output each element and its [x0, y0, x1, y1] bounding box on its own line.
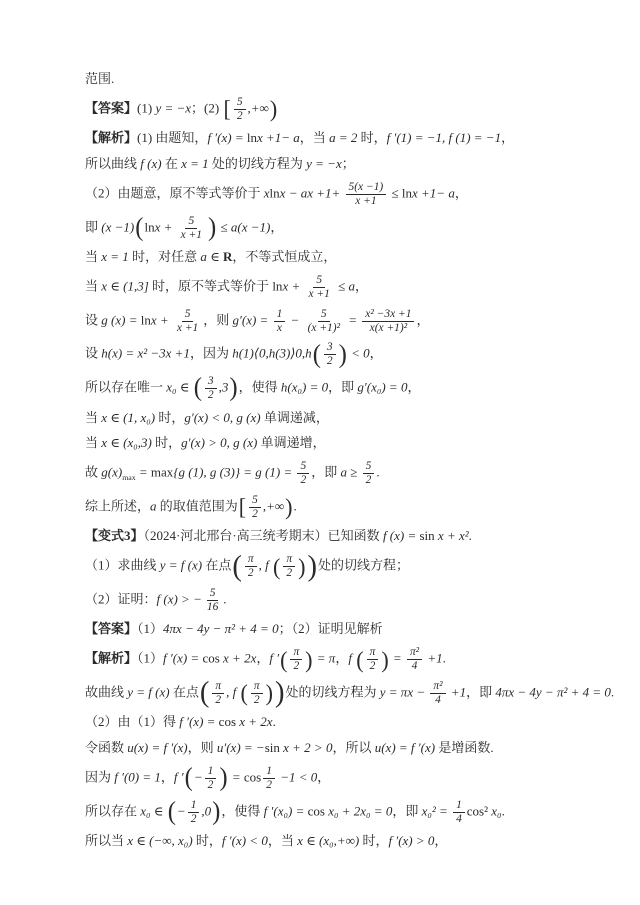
fraction-denominator: 16 — [204, 601, 221, 614]
math-run: h(1)⟨0,h(3)⟩0,h — [232, 346, 311, 361]
math-run: x + — [282, 278, 303, 293]
math-run: − — [177, 803, 186, 818]
fraction-denominator: 2 — [205, 389, 217, 402]
document-line-22: （2）由（1）得 f ′(x) = cos x + 2x. — [85, 713, 592, 732]
text-run: cos — [308, 803, 329, 818]
math-run: f ′ — [174, 769, 184, 784]
math-run: x₀ ∈ — [166, 379, 192, 394]
document-line-7: 当 x = 1 时，对任意 a ∈ R，不等式恒成立， — [85, 248, 592, 267]
document-line-17: （1）求曲线 y = f (x) 在点(π2, f (π2))处的切线方程； — [85, 553, 592, 580]
fraction: π²4 — [430, 680, 445, 707]
math-run: x ∈ (1, x₀) — [101, 410, 155, 425]
math-run: x + 2x — [223, 651, 256, 666]
document-line-25: 所以存在 x₀ ∈ (−12,0)，使得 f ′(x₀) = cos x₀ + … — [85, 799, 592, 826]
fraction-denominator: x — [274, 322, 285, 335]
text-run: cos — [219, 714, 240, 729]
text-run: 时， — [155, 410, 184, 425]
text-run: . — [376, 465, 379, 480]
fraction-denominator: 2 — [290, 660, 302, 673]
text-run: ，则 — [203, 312, 232, 327]
document-line-16: 【变式3】（2024·河北邢台·高三统考期末）已知函数 f (x) = sin … — [85, 527, 592, 546]
document-line-18: （2）证明：f (x) > −516. — [85, 587, 592, 614]
subscript-label: max — [122, 473, 135, 482]
fraction-denominator: 2 — [324, 355, 336, 368]
fraction: 5(x −1)x +1 — [346, 181, 387, 208]
fraction: 32 — [324, 341, 336, 368]
text-run: （2）由（1）得 — [85, 714, 179, 729]
fraction-denominator: x +1 — [178, 229, 205, 242]
math-run: f — [348, 651, 355, 666]
text-run: ，所以 — [332, 740, 374, 755]
text-run: ln — [144, 219, 154, 234]
math-run: f ′(x) = — [179, 714, 218, 729]
fraction-numerator: 3 — [324, 341, 336, 355]
math-run: = — [229, 769, 244, 784]
fraction: x² −3x +1x(x +1)² — [362, 308, 414, 335]
math-run: (x −1) — [101, 219, 134, 234]
text-run: ， — [161, 769, 174, 784]
text-run: . — [294, 498, 297, 513]
math-run: a ≥ — [340, 465, 360, 480]
fraction-numerator: π — [251, 680, 263, 694]
math-run: u(x) = f ′(x) — [375, 740, 435, 755]
math-run: g(x) — [101, 465, 122, 480]
fraction-numerator: 5 — [185, 215, 197, 229]
text-run: 在点 — [202, 558, 231, 573]
text-run: 范围. — [85, 71, 114, 86]
document-line-1: 范围. — [85, 70, 592, 89]
math-run: y = −x — [155, 100, 191, 115]
fraction: 32 — [205, 375, 217, 402]
fraction: 5x +1 — [174, 308, 201, 335]
text-run: ， — [335, 651, 348, 666]
math-run: 4πx − 4y − π² + 4 = 0 — [495, 684, 611, 699]
text-run: ，当 — [300, 130, 329, 145]
document-line-20: 【解析】（1）f ′(x) = cos x + 2x，f ′(π2) = π，f… — [85, 646, 592, 673]
math-run: f ′(x) > 0 — [389, 833, 435, 848]
text-run: 即 — [85, 219, 101, 234]
text-run: （1）求曲线 — [85, 558, 160, 573]
text-run: 故曲线 — [85, 684, 127, 699]
math-run: x + x² — [438, 528, 469, 543]
text-run: 时， — [357, 130, 386, 145]
math-run: x ∈ (−∞, x₀) — [127, 833, 192, 848]
math-run: a = 2 — [329, 130, 357, 145]
fraction: 52 — [363, 460, 375, 487]
fraction: π2 — [212, 680, 224, 707]
math-run: +1 — [448, 684, 467, 699]
fraction-numerator: 5(x −1) — [346, 181, 387, 195]
fraction: π2 — [290, 646, 302, 673]
fraction: 5(x +1)² — [305, 308, 343, 335]
text-run: ，因为 — [190, 346, 232, 361]
text-run: 时，原不等式等价于 — [149, 278, 273, 293]
text-run: ，使得 — [239, 379, 281, 394]
document-line-14: 故 g(x)max = max{g (1), g (3)} = g (1) = … — [85, 460, 592, 487]
math-run: h(x₀) = 0 — [281, 379, 328, 394]
fraction: 12 — [263, 765, 275, 792]
math-run: ≤ a(x −1) — [217, 219, 270, 234]
fraction-denominator: 2 — [234, 110, 246, 123]
fraction-denominator: 2 — [367, 660, 379, 673]
math-run: g′(x₀) = 0 — [357, 379, 407, 394]
math-run: f ′(1) = −1, f (1) = −1 — [387, 130, 501, 145]
fraction-numerator: 5 — [313, 274, 325, 288]
document-line-11: 所以存在唯一 x₀ ∈ (32,3)，使得 h(x₀) = 0，即 g′(x₀)… — [85, 375, 592, 402]
text-run: ；(2) — [191, 100, 222, 115]
fraction-numerator: 5 — [297, 460, 309, 474]
math-run: ≤ a — [335, 278, 355, 293]
math-run: = — [136, 465, 151, 480]
text-run: 因为 — [85, 769, 114, 784]
math-run: f (x) > − — [157, 591, 202, 606]
text-run: ； — [342, 156, 355, 171]
text-run: ln — [247, 130, 257, 145]
fraction-numerator: 5 — [207, 587, 219, 601]
text-run: ，即 — [311, 465, 340, 480]
text-run: . — [469, 528, 472, 543]
math-run: f (x) = — [383, 528, 420, 543]
fraction-denominator: 2 — [363, 474, 375, 487]
fraction-numerator: 1 — [188, 799, 200, 813]
math-run: ,0 — [201, 803, 211, 818]
text-run: ；（2）证明见解析 — [279, 621, 383, 636]
text-run: sin — [265, 740, 283, 755]
text-run: ， — [355, 278, 368, 293]
text-run: 时， — [193, 833, 222, 848]
fraction-numerator: π — [367, 646, 379, 660]
math-run: x +1− a — [412, 185, 455, 200]
bold-label: 【解析】 — [85, 651, 137, 666]
fraction: 52 — [234, 96, 246, 123]
bold-label: 【解析】 — [85, 130, 137, 145]
document-viewport: { "page": { "background": "#ffffff", "te… — [0, 0, 640, 905]
math-run: x = 1 — [101, 249, 129, 264]
document-line-10: 设 h(x) = x² −3x +1，因为 h(1)⟨0,h(3)⟩0,h(32… — [85, 341, 592, 368]
math-run: g′(x) > 0, g (x) — [181, 435, 257, 450]
fraction-denominator: x +1 — [174, 322, 201, 335]
text-run: . — [443, 651, 446, 666]
text-run: 所以存在 — [85, 803, 140, 818]
math-run: x = 1 — [181, 156, 209, 171]
text-run: ， — [501, 130, 514, 145]
fraction-numerator: 1 — [453, 799, 465, 813]
text-run: . — [223, 591, 226, 606]
fraction: 5x +1 — [178, 215, 205, 242]
text-run: （2024·河北邢台·高三统考期末）已知函数 — [144, 528, 383, 543]
fraction-numerator: 1 — [263, 765, 275, 779]
math-run: x + — [151, 312, 172, 327]
fraction-denominator: 2 — [188, 813, 200, 826]
document-line-4: 所以曲线 f (x) 在 x = 1 处的切线方程为 y = −x； — [85, 155, 592, 174]
document-line-9: 设 g (x) = lnx + 5x +1，则 g′(x) = 1x − 5(x… — [85, 308, 592, 335]
text-run: (1) — [137, 100, 155, 115]
math-run: h(x) = x² −3x +1 — [101, 346, 190, 361]
math-run: y = f (x) — [127, 684, 169, 699]
text-run: 在点 — [170, 684, 199, 699]
document-line-5: （2）由题意，原不等式等价于 xlnx − ax +1+ 5(x −1)x +1… — [85, 181, 592, 208]
fraction: 52 — [297, 460, 309, 487]
math-run: a ∈ — [200, 249, 223, 264]
math-run: = π — [314, 651, 336, 666]
fraction-denominator: 4 — [409, 660, 421, 673]
text-run: 设 — [85, 312, 101, 327]
text-run: 当 — [85, 410, 101, 425]
fraction-numerator: π² — [430, 680, 445, 694]
text-run: . — [502, 803, 505, 818]
text-run: ， — [434, 833, 447, 848]
text-run: ， — [455, 185, 468, 200]
fraction: π2 — [251, 680, 263, 707]
fraction-numerator: 5 — [318, 308, 330, 322]
math-run: {g (1), g (3)} = g (1) = — [173, 465, 295, 480]
text-run: ，即 — [466, 684, 495, 699]
fraction-numerator: π² — [407, 646, 422, 660]
math-run: +1 — [424, 651, 443, 666]
bold-label: 【答案】 — [85, 100, 137, 115]
text-run: max — [151, 465, 173, 480]
text-run: 所以当 — [85, 833, 127, 848]
text-run: 单调递减， — [261, 410, 329, 425]
fraction-denominator: 2 — [245, 567, 257, 580]
fraction: 52 — [249, 494, 261, 521]
fraction: π2 — [283, 553, 295, 580]
fraction-numerator: 5 — [234, 96, 246, 110]
document-line-15: 综上所述，a 的取值范围为[52,+∞). — [85, 494, 592, 521]
math-run: x ∈ (1,3] — [101, 278, 149, 293]
bold-label: 【答案】 — [85, 621, 137, 636]
document-line-19: 【答案】（1）4πx − 4y − π² + 4 = 0；（2）证明见解析 — [85, 620, 592, 639]
document-line-2: 【答案】(1) y = −x；(2) [52,+∞) — [85, 96, 592, 123]
fraction-numerator: 1 — [274, 308, 286, 322]
text-run: ， — [256, 651, 269, 666]
fraction: 516 — [204, 587, 221, 614]
text-run: . — [273, 714, 276, 729]
fraction-numerator: 5 — [182, 308, 194, 322]
math-run: x₀ + 2x₀ = 0 — [328, 803, 392, 818]
fraction-denominator: 2 — [249, 508, 261, 521]
fraction-denominator: 2 — [263, 779, 275, 792]
fraction-numerator: π — [283, 553, 295, 567]
math-run: g (x) = — [101, 312, 140, 327]
math-run: − — [194, 769, 203, 784]
fraction-numerator: 3 — [205, 375, 217, 389]
text-run: 单调递增， — [257, 435, 325, 450]
fraction: π2 — [245, 553, 257, 580]
math-run: u′(x) = − — [217, 740, 265, 755]
math-run: g′(x) = — [233, 312, 272, 327]
fraction-denominator: x +1 — [352, 195, 379, 208]
document-line-21: 故曲线 y = f (x) 在点(π2, f (π2))处的切线方程为 y = … — [85, 680, 592, 707]
text-run: ， — [270, 219, 283, 234]
math-run: y = πx − — [380, 684, 429, 699]
math-run: ,+∞ — [263, 498, 284, 513]
math-run: < 0 — [348, 346, 370, 361]
fraction-denominator: 2 — [251, 694, 263, 707]
text-run: ln — [272, 278, 282, 293]
math-run: , f — [259, 558, 272, 573]
fraction: 5x +1 — [305, 274, 332, 301]
fraction-denominator: 2 — [297, 474, 309, 487]
document-line-13: 当 x ∈ (x₀,3) 时，g′(x) > 0, g (x) 单调递增， — [85, 434, 592, 453]
math-run: f (x) — [140, 156, 161, 171]
text-run: cos² — [467, 803, 488, 818]
math-run: x ∈ (x₀,+∞) — [297, 833, 359, 848]
text-run: 时， — [152, 435, 181, 450]
text-run: cos — [202, 651, 223, 666]
math-run: y = −x — [306, 156, 342, 171]
math-run: x ∈ (x₀,3) — [101, 435, 152, 450]
math-run: x₀ — [488, 803, 502, 818]
text-run: 令函数 — [85, 740, 127, 755]
document-line-23: 令函数 u(x) = f ′(x)，则 u′(x) = −sin x + 2 >… — [85, 739, 592, 758]
fraction-numerator: x² −3x +1 — [362, 308, 414, 322]
text-run: 时，对任意 — [129, 249, 201, 264]
text-run: 设 — [85, 346, 101, 361]
fraction-numerator: 5 — [363, 460, 375, 474]
math-run: x − ax +1+ — [280, 185, 344, 200]
text-run: ， — [317, 769, 330, 784]
math-run: g′(x) < 0, g (x) — [184, 410, 260, 425]
text-run: 在 — [162, 156, 182, 171]
document-line-8: 当 x ∈ (1,3] 时，原不等式等价于 lnx + 5x +1 ≤ a， — [85, 274, 592, 301]
math-run: x +1− a — [257, 130, 300, 145]
text-run: 处的切线方程为 — [209, 156, 307, 171]
text-run: （1） — [137, 651, 163, 666]
math-run: f ′(x) = — [207, 130, 246, 145]
fraction-denominator: (x +1)² — [305, 322, 343, 335]
text-run: ，即 — [392, 803, 421, 818]
fraction-numerator: π — [290, 646, 302, 660]
fraction-numerator: 1 — [205, 765, 217, 779]
math-run: f ′(x₀) = — [264, 803, 308, 818]
math-run: − — [287, 312, 302, 327]
text-run: 故 — [85, 465, 101, 480]
fraction: 14 — [453, 799, 465, 826]
fraction-denominator: x +1 — [305, 288, 332, 301]
text-run: ， — [407, 379, 420, 394]
math-run: 4πx − 4y − π² + 4 = 0 — [163, 621, 279, 636]
document-line-12: 当 x ∈ (1, x₀) 时，g′(x) < 0, g (x) 单调递减， — [85, 409, 592, 428]
text-run: ，即 — [328, 379, 357, 394]
text-run: 是增函数. — [435, 740, 494, 755]
math-run: ,3 — [219, 379, 229, 394]
math-solution-page: 范围.【答案】(1) y = −x；(2) [52,+∞)【解析】(1) 由题知… — [0, 0, 640, 851]
math-run: x + 2x — [239, 714, 272, 729]
fraction-numerator: π — [212, 680, 224, 694]
fraction-denominator: 2 — [283, 567, 295, 580]
math-run: f ′(0) = 1 — [114, 769, 161, 784]
text-run: ，则 — [188, 740, 217, 755]
bold-label: 【变式3】 — [85, 528, 144, 543]
math-run: ,+∞ — [248, 100, 269, 115]
math-run: x₀² = — [422, 803, 451, 818]
text-run: ，使得 — [221, 803, 263, 818]
text-run: （2）证明： — [85, 591, 157, 606]
text-run: ln — [402, 185, 412, 200]
text-run: ln — [141, 312, 151, 327]
document-line-26: 所以当 x ∈ (−∞, x₀) 时，f ′(x) < 0，当 x ∈ (x₀,… — [85, 832, 592, 851]
math-run: ≤ — [388, 185, 402, 200]
text-run: (1) 由题知， — [137, 130, 207, 145]
text-run: ln — [270, 185, 280, 200]
text-run: ， — [416, 312, 429, 327]
text-run: 处的切线方程为 — [286, 684, 380, 699]
text-run: （1） — [137, 621, 163, 636]
fraction: 1x — [274, 308, 286, 335]
text-run: 当 — [85, 435, 101, 450]
text-run: 所以曲线 — [85, 156, 140, 171]
math-run: f ′ — [269, 651, 279, 666]
math-run: x₀ ∈ — [140, 803, 166, 818]
fraction-denominator: 4 — [453, 813, 465, 826]
text-run: （2）由题意，原不等式等价于 — [85, 185, 264, 200]
fraction: π²4 — [407, 646, 422, 673]
text-run: ， — [370, 346, 383, 361]
text-run: 的取值范围为 — [157, 498, 238, 513]
fraction: 12 — [205, 765, 217, 792]
text-run: cos — [244, 769, 261, 784]
text-run: 综上所述， — [85, 498, 150, 513]
math-run: f ′(x) < 0 — [222, 833, 268, 848]
fraction-numerator: π — [245, 553, 257, 567]
math-run: , f — [226, 684, 239, 699]
math-run: = — [345, 312, 360, 327]
text-run: 处的切线方程； — [318, 558, 409, 573]
text-run: . — [611, 684, 614, 699]
text-run: sin — [420, 528, 438, 543]
fraction-denominator: 2 — [212, 694, 224, 707]
text-run: ，不等式恒成立， — [232, 249, 336, 264]
document-line-3: 【解析】(1) 由题知，f ′(x) = lnx +1− a，当 a = 2 时… — [85, 129, 592, 148]
math-run: = — [390, 651, 405, 666]
math-run: −1 < 0 — [277, 769, 317, 784]
fraction-denominator: 2 — [205, 779, 217, 792]
math-run: u(x) = f ′(x) — [127, 740, 187, 755]
fraction-denominator: 4 — [432, 694, 444, 707]
text-run: ，当 — [268, 833, 297, 848]
math-run: x + 2 > 0 — [283, 740, 332, 755]
text-run: 所以存在唯一 — [85, 379, 166, 394]
text-run: 当 — [85, 278, 101, 293]
document-line-24: 因为 f ′(0) = 1，f ′(−12) = cos12 −1 < 0， — [85, 765, 592, 792]
fraction-denominator: x(x +1)² — [367, 322, 411, 335]
fraction-numerator: 5 — [249, 494, 261, 508]
bold-label: R — [223, 249, 232, 264]
text-run: 时， — [359, 833, 388, 848]
fraction: 12 — [188, 799, 200, 826]
math-run: f ′(x) = — [163, 651, 202, 666]
math-run: x + — [155, 219, 176, 234]
fraction: π2 — [367, 646, 379, 673]
math-run: y = f (x) — [160, 558, 202, 573]
text-run: 当 — [85, 249, 101, 264]
document-line-6: 即 (x −1)(lnx + 5x +1) ≤ a(x −1)， — [85, 215, 592, 242]
